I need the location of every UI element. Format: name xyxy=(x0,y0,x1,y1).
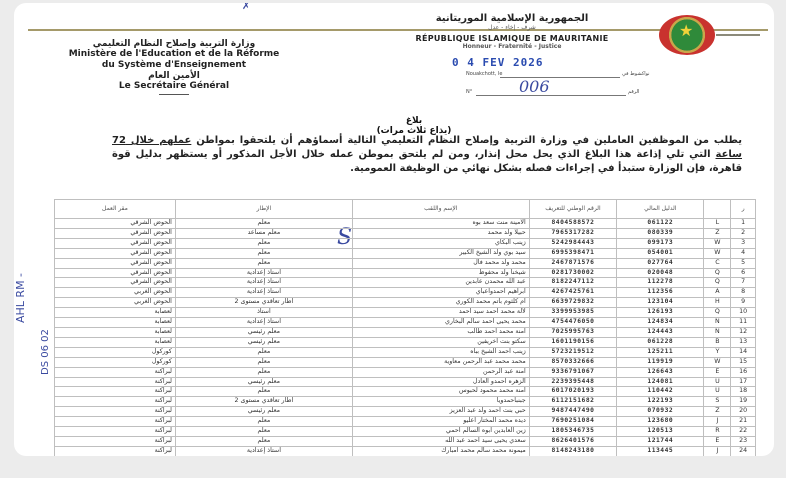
cell-matricule: 113445 xyxy=(617,446,704,456)
cell-name: سعدي يحيى سيد احمد عبد الله xyxy=(352,436,529,446)
cell-nni: 6112151682 xyxy=(529,397,616,407)
cell-grade: معلم xyxy=(175,238,352,248)
cell-matricule: 110442 xyxy=(617,387,704,397)
cell-name: حبي بنت احمد ولد عبد العزيز xyxy=(352,407,529,417)
cell-key: W xyxy=(704,238,731,248)
place-label-fr: Nouakchott, le xyxy=(466,71,502,77)
cell-matricule: 054001 xyxy=(617,248,704,258)
margin-note-text: AHL RM - xyxy=(14,273,27,323)
table-row: الحوض الغربيأستاذ إعداديةابراهيم احمدواع… xyxy=(55,288,756,298)
col-nni: الرقم الوطني للتعريف xyxy=(529,200,616,219)
cell-num: 21 xyxy=(731,417,756,427)
cell-num: 14 xyxy=(731,347,756,357)
cell-key: E xyxy=(704,436,731,446)
table-row: لبراكنةاطار تعاقدي مستوى 2جبنباحمدويا611… xyxy=(55,397,756,407)
cell-matricule: 027764 xyxy=(617,258,704,268)
cell-key: Q xyxy=(704,278,731,288)
cell-matricule: 126193 xyxy=(617,308,704,318)
cell-workplace: لبراكنة xyxy=(55,417,176,427)
staff-table: مقر العمل الإطار الإسم واللقب الرقم الوط… xyxy=(54,199,756,456)
cell-matricule: 122193 xyxy=(617,397,704,407)
margin-note-2: DS 06 02 xyxy=(40,329,51,375)
cell-matricule: 119919 xyxy=(617,357,704,367)
cell-nni: 9487447490 xyxy=(529,407,616,417)
pen-mark-top: ✗ xyxy=(242,3,250,12)
cell-num: 11 xyxy=(731,318,756,328)
cell-workplace: لبراكنة xyxy=(55,367,176,377)
cell-workplace: لعصابة xyxy=(55,327,176,337)
cell-matricule: 061122 xyxy=(617,219,704,229)
cell-workplace: لبراكنة xyxy=(55,427,176,437)
col-name: الإسم واللقب xyxy=(352,200,529,219)
cell-grade: اطار تعاقدي مستوى 2 xyxy=(175,397,352,407)
cell-nni: 8148243180 xyxy=(529,446,616,456)
cell-name: جبنباحمدويا xyxy=(352,397,529,407)
cell-key: R xyxy=(704,427,731,437)
cell-workplace: الحوض الشرقي xyxy=(55,268,176,278)
cell-name: ابراهيم احمدواعباي xyxy=(352,288,529,298)
table-row: كوركولمعلممحمد محمد عبد الرحمن معاوية857… xyxy=(55,357,756,367)
cell-workplace: الحوض الشرقي xyxy=(55,258,176,268)
cell-workplace: لبراكنة xyxy=(55,436,176,446)
cell-workplace: الحوض الغربي xyxy=(55,288,176,298)
cell-key: L xyxy=(704,219,731,229)
cell-workplace: لبراكنة xyxy=(55,387,176,397)
cell-num: 22 xyxy=(731,427,756,437)
cell-num: 18 xyxy=(731,387,756,397)
margin-note-2-text: DS 06 02 xyxy=(40,329,51,375)
cell-grade: معلم xyxy=(175,436,352,446)
cell-key: Y xyxy=(704,347,731,357)
cell-workplace: الحوض الشرقي xyxy=(55,238,176,248)
cell-grade: أستاذ xyxy=(175,308,352,318)
cell-matricule: 020048 xyxy=(617,268,704,278)
cell-num: 16 xyxy=(731,367,756,377)
notice-text-1: يطلب من الموظفين العاملين في وزارة الترب… xyxy=(191,135,742,146)
cell-nni: 0281730002 xyxy=(529,268,616,278)
cell-workplace: لبراكنة xyxy=(55,377,176,387)
table-row: الحوض الشرقيمعلمالامينة منت سعد بوه84045… xyxy=(55,219,756,229)
cell-workplace: لعصابة xyxy=(55,337,176,347)
cell-num: 15 xyxy=(731,357,756,367)
notice-text-2: التي تلي إذاعة هذا البلاغ الذي يحل محل إ… xyxy=(112,149,742,174)
cell-nni: 6017020193 xyxy=(529,387,616,397)
cell-key: Z xyxy=(704,407,731,417)
cell-grade: معلم xyxy=(175,427,352,437)
cell-key: J xyxy=(704,417,731,427)
republic-name-fr: RÉPUBLIQUE ISLAMIQUE DE MAURITANIE xyxy=(392,34,632,43)
cell-num: 20 xyxy=(731,407,756,417)
cell-key: N xyxy=(704,327,731,337)
table-row: لعصابةأستاذلالة محمد احمد سيد احمد339995… xyxy=(55,308,756,318)
cell-name: ام كلثوم باتم محمد الكوري xyxy=(352,298,529,308)
cell-num: 2 xyxy=(731,228,756,238)
cell-num: 24 xyxy=(731,446,756,456)
cell-name: محمد محمد عبد الرحمن معاوية xyxy=(352,357,529,367)
cell-name: الامينة منت سعد بوه xyxy=(352,219,529,229)
cell-workplace: لبراكنة xyxy=(55,446,176,456)
cell-nni: 6995398471 xyxy=(529,248,616,258)
cell-name: حبيلا ولد محمد xyxy=(352,228,529,238)
table-header-row: مقر العمل الإطار الإسم واللقب الرقم الوط… xyxy=(55,200,756,219)
cell-grade: معلم رئيسي xyxy=(175,407,352,417)
cell-key: B xyxy=(704,337,731,347)
cell-num: 9 xyxy=(731,298,756,308)
cell-name: ميمونة محمد سالم محمد امبارك xyxy=(352,446,529,456)
cell-num: 17 xyxy=(731,377,756,387)
cell-grade: معلم xyxy=(175,367,352,377)
cell-num: 6 xyxy=(731,268,756,278)
cell-workplace: لعصابة xyxy=(55,318,176,328)
notice-body: يطلب من الموظفين العاملين في وزارة الترب… xyxy=(112,134,742,176)
secretary-title-fr: Le Secrétaire Général xyxy=(54,81,294,92)
table-row: الحوض الشرقيأستاذ إعداديةعبد الله محمدن … xyxy=(55,278,756,288)
table-row: لعصابةأستاذ إعداديةمحمد يحيى احمد سالم ا… xyxy=(55,318,756,328)
cell-grade: أستاذ إعدادية xyxy=(175,318,352,328)
number-value: 006 xyxy=(519,77,550,96)
notice-heading: بلاغ (يذاع ثلاث مرات) xyxy=(84,116,744,136)
table-row: لبراكنةمعلمزين العابدين ابوه السالم احمي… xyxy=(55,427,756,437)
cell-key: N xyxy=(704,318,731,328)
cell-key: Q xyxy=(704,268,731,278)
cell-nni: 8626401576 xyxy=(529,436,616,446)
cell-matricule: 061228 xyxy=(617,337,704,347)
cell-key: H xyxy=(704,298,731,308)
number-line xyxy=(476,95,626,96)
table-row: لبراكنةمعلمامنة محمد محمود لحبوس60170201… xyxy=(55,387,756,397)
cell-num: 5 xyxy=(731,258,756,268)
cell-key: A xyxy=(704,288,731,298)
ministry-name-fr-2: du Système d'Enseignement xyxy=(54,60,294,71)
number-label-fr: N° xyxy=(466,89,472,95)
cell-name: الزهره احمدو العادل xyxy=(352,377,529,387)
national-emblem-icon: ★ xyxy=(659,15,715,55)
col-workplace: مقر العمل xyxy=(55,200,176,219)
cell-grade: معلم xyxy=(175,248,352,258)
cell-workplace: لبراكنة xyxy=(55,407,176,417)
place-label-ar: نواكشوط في xyxy=(622,71,650,77)
cell-grade: معلم xyxy=(175,357,352,367)
cell-nni: 8570332666 xyxy=(529,357,616,367)
cell-key: C xyxy=(704,258,731,268)
cell-nni: 7025995763 xyxy=(529,327,616,337)
cell-grade: أستاذ إعدادية xyxy=(175,268,352,278)
cell-nni: 8182247112 xyxy=(529,278,616,288)
cell-grade: أستاذ إعدادية xyxy=(175,278,352,288)
cell-grade: معلم xyxy=(175,347,352,357)
cell-key: S xyxy=(704,397,731,407)
cell-name: شيخنا ولد محفوظ xyxy=(352,268,529,278)
cell-grade: معلم رئيسي xyxy=(175,377,352,387)
table-row: لبراكنةمعلم رئيسيالزهره احمدو العادل2239… xyxy=(55,377,756,387)
ministry-header: وزارة التربية وإصلاح النظام التعليمي Min… xyxy=(54,39,294,95)
cell-grade: أستاذ إعدادية xyxy=(175,446,352,456)
table-row: لبراكنةمعلم رئيسيحبي بنت احمد ولد عبد ال… xyxy=(55,407,756,417)
margin-note: AHL RM - xyxy=(14,273,27,323)
ministry-name-fr-1: Ministère de l'Education et de la Réform… xyxy=(54,49,294,60)
cell-matricule: 070932 xyxy=(617,407,704,417)
table-row: الحوض الشرقيمعلمسيد بوي ولد الشيخ الكبير… xyxy=(55,248,756,258)
document-page: ✗ وزارة التربية وإصلاح النظام التعليمي M… xyxy=(14,3,774,456)
cell-nni: 4267425761 xyxy=(529,288,616,298)
cell-matricule: 080339 xyxy=(617,228,704,238)
table-row: الحوض الشرقيمعلم مساعدحبيلا ولد محمد7965… xyxy=(55,228,756,238)
cell-nni: 4754476050 xyxy=(529,318,616,328)
table-row: لعصابةمعلم رئيسيامنة محمد احمد طالب70259… xyxy=(55,327,756,337)
republic-header: الجمهورية الإسلامية الموريتانية شرف - إخ… xyxy=(392,13,632,50)
cell-num: 19 xyxy=(731,397,756,407)
col-grade: الإطار xyxy=(175,200,352,219)
emblem-rule xyxy=(716,34,760,36)
number-label-ar: الرقم xyxy=(628,89,639,95)
table-row: لبراكنةمعلمسعدي يحيى سيد احمد عبد الله86… xyxy=(55,436,756,446)
cell-name: امنة محمد محمود لحبوس xyxy=(352,387,529,397)
cell-nni: 2467871576 xyxy=(529,258,616,268)
cell-num: 7 xyxy=(731,278,756,288)
cell-matricule: 123680 xyxy=(617,417,704,427)
cell-grade: معلم xyxy=(175,387,352,397)
table-row: لبراكنةمعلمامنة عبد الرحمن93367910671266… xyxy=(55,367,756,377)
cell-name: محمد ولد محمد فال xyxy=(352,258,529,268)
cell-matricule: 124443 xyxy=(617,327,704,337)
cell-workplace: لبراكنة xyxy=(55,397,176,407)
date-line xyxy=(500,77,620,78)
cell-matricule: 112356 xyxy=(617,288,704,298)
cell-nni: 6639729832 xyxy=(529,298,616,308)
cell-grade: معلم رئيسي xyxy=(175,327,352,337)
table-row: الحوض الغربياطار تعاقدي مستوى 2ام كلثوم … xyxy=(55,298,756,308)
cell-num: 1 xyxy=(731,219,756,229)
table-row: الحوض الشرقيمعلمزينب البكاي5242984443099… xyxy=(55,238,756,248)
cell-nni: 5242984443 xyxy=(529,238,616,248)
col-num: ر xyxy=(731,200,756,219)
republic-name-ar: الجمهورية الإسلامية الموريتانية xyxy=(392,13,632,24)
cell-name: زينب احمد الشيخ بباه xyxy=(352,347,529,357)
cell-grade: معلم xyxy=(175,258,352,268)
cell-nni: 7965317282 xyxy=(529,228,616,238)
cell-matricule: 120513 xyxy=(617,427,704,437)
cell-grade: معلم رئيسي xyxy=(175,337,352,347)
cell-workplace: لعصابة xyxy=(55,308,176,318)
table-row: لبراكنةأستاذ إعداديةميمونة محمد سالم محم… xyxy=(55,446,756,456)
cell-workplace: الحوض الشرقي xyxy=(55,248,176,258)
cell-workplace: الحوض الغربي xyxy=(55,298,176,308)
table-row: لبراكنةمعلمديده محمد المختار اعليو769025… xyxy=(55,417,756,427)
title-underline xyxy=(159,94,189,95)
table-row: لعصابةمعلم رئيسيسكتو بنت اخريفين16011901… xyxy=(55,337,756,347)
cell-key: U xyxy=(704,387,731,397)
col-key xyxy=(704,200,731,219)
motto-ar: شرف - إخاء - عدل xyxy=(392,24,632,31)
motto-fr: Honneur - Fraternité - Justice xyxy=(392,43,632,50)
col-matricule: الدليل المالي xyxy=(617,200,704,219)
cell-workplace: الحوض الشرقي xyxy=(55,278,176,288)
cell-matricule: 099173 xyxy=(617,238,704,248)
cell-matricule: 121744 xyxy=(617,436,704,446)
cell-nni: 1805346735 xyxy=(529,427,616,437)
cell-key: J xyxy=(704,446,731,456)
cell-name: زينب البكاي xyxy=(352,238,529,248)
cell-name: امنة محمد احمد طالب xyxy=(352,327,529,337)
cell-name: امنة عبد الرحمن xyxy=(352,367,529,377)
cell-name: سكتو بنت اخريفين xyxy=(352,337,529,347)
cell-grade: معلم xyxy=(175,417,352,427)
cell-key: W xyxy=(704,248,731,258)
cell-nni: 3399953985 xyxy=(529,308,616,318)
cell-key: Z xyxy=(704,228,731,238)
table-row: الحوض الشرقيأستاذ إعداديةشيخنا ولد محفوظ… xyxy=(55,268,756,278)
cell-key: W xyxy=(704,357,731,367)
cell-workplace: الحوض الشرقي xyxy=(55,228,176,238)
cell-matricule: 124834 xyxy=(617,318,704,328)
cell-grade: أستاذ إعدادية xyxy=(175,288,352,298)
cell-num: 4 xyxy=(731,248,756,258)
date-stamp: 0 4 FEV 2026 xyxy=(452,56,543,69)
cell-name: زين العابدين ابوه السالم احمي xyxy=(352,427,529,437)
cell-num: 12 xyxy=(731,327,756,337)
cell-name: لالة محمد احمد سيد احمد xyxy=(352,308,529,318)
cell-num: 13 xyxy=(731,337,756,347)
cell-workplace: كوركول xyxy=(55,357,176,367)
cell-nni: 1601190156 xyxy=(529,337,616,347)
cell-workplace: الحوض الشرقي xyxy=(55,219,176,229)
notice-title: بلاغ xyxy=(84,116,744,126)
cell-num: 23 xyxy=(731,436,756,446)
cell-matricule: 124081 xyxy=(617,377,704,387)
cell-name: سيد بوي ولد الشيخ الكبير xyxy=(352,248,529,258)
cell-name: ديده محمد المختار اعليو xyxy=(352,417,529,427)
cell-nni: 8404588572 xyxy=(529,219,616,229)
cell-name: عبد الله محمدن عابدين xyxy=(352,278,529,288)
cell-matricule: 123104 xyxy=(617,298,704,308)
table-row: كوركولمعلمزينب احمد الشيخ بباه5723219512… xyxy=(55,347,756,357)
secretary-title-ar: الأمين العام xyxy=(54,71,294,81)
cell-num: 8 xyxy=(731,288,756,298)
cell-nni: 5723219512 xyxy=(529,347,616,357)
cell-matricule: 112278 xyxy=(617,278,704,288)
cell-nni: 2239395448 xyxy=(529,377,616,387)
cell-key: Q xyxy=(704,308,731,318)
ministry-name-ar: وزارة التربية وإصلاح النظام التعليمي xyxy=(54,39,294,49)
cell-name: محمد يحيى احمد سالم البخاري xyxy=(352,318,529,328)
cell-key: U xyxy=(704,377,731,387)
cell-grade: معلم مساعد xyxy=(175,228,352,238)
cell-grade: معلم xyxy=(175,219,352,229)
cell-nni: 9336791067 xyxy=(529,367,616,377)
cell-grade: اطار تعاقدي مستوى 2 xyxy=(175,298,352,308)
cell-num: 3 xyxy=(731,238,756,248)
cell-workplace: كوركول xyxy=(55,347,176,357)
table-row: الحوض الشرقيمعلممحمد ولد محمد فال2467871… xyxy=(55,258,756,268)
cell-matricule: 126643 xyxy=(617,367,704,377)
cell-num: 10 xyxy=(731,308,756,318)
cell-matricule: 125211 xyxy=(617,347,704,357)
cell-nni: 7690251084 xyxy=(529,417,616,427)
cell-key: E xyxy=(704,367,731,377)
